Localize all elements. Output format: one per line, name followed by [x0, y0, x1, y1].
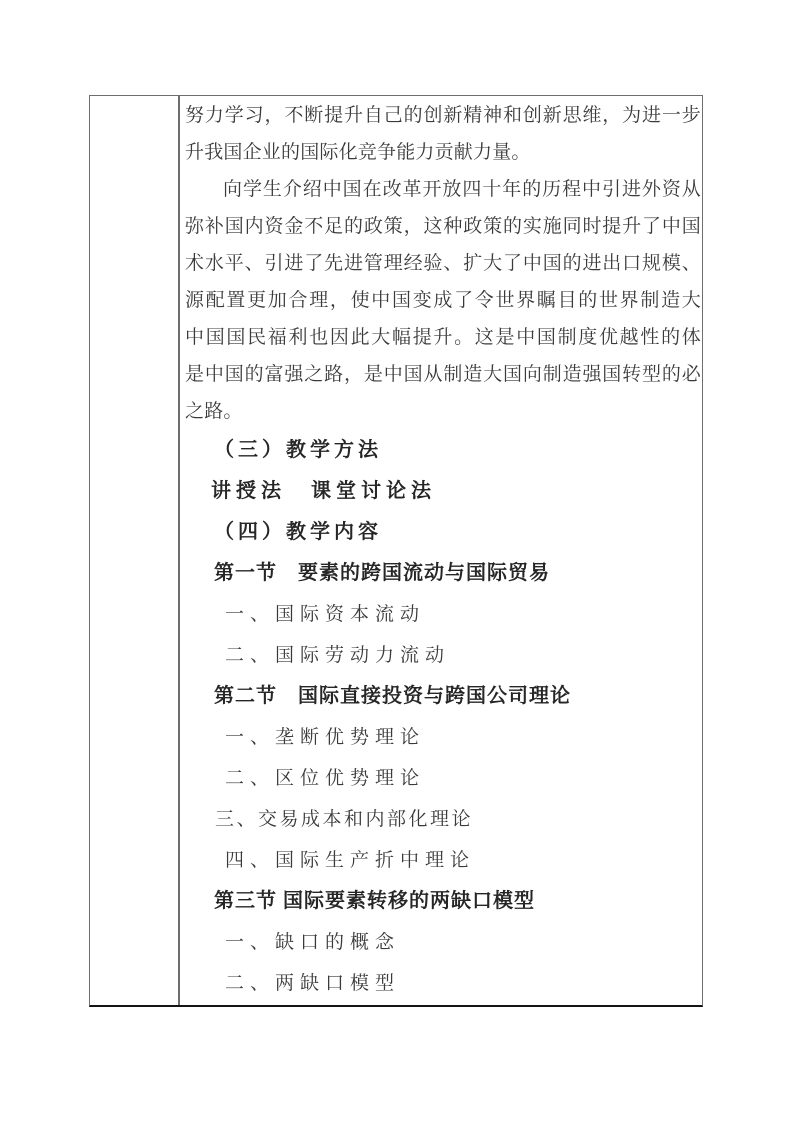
table-content-cell: 努力学习，不断提升自己的创新精神和创新思维，为进一步提升我国企业的国际化竞争能力…: [180, 96, 702, 1005]
outline-item: 二、区位优势理论: [185, 758, 702, 799]
outline-item: 一、国际资本流动: [185, 594, 702, 635]
lesson-plan-table: 努力学习，不断提升自己的创新精神和创新思维，为进一步提升我国企业的国际化竞争能力…: [89, 95, 703, 1007]
outline-item: 一、垄断优势理论: [185, 717, 702, 758]
paragraph-line: 是中国的富强之路，是中国从制造大国向制造强国转型的必经: [185, 356, 702, 393]
outline-item: 一、缺口的概念: [185, 922, 702, 963]
teaching-outline: （三）教学方法讲授法 课堂讨论法（四）教学内容第一节 要素的跨国流动与国际贸易一…: [185, 430, 702, 1004]
paragraph-line: 升我国企业的国际化竞争能力贡献力量。: [185, 134, 702, 171]
paragraph-line: 中国国民福利也因此大幅提升。这是中国制度优越性的体现，: [185, 319, 702, 356]
paragraph-line: 术水平、引进了先进管理经验、扩大了中国的进出口规模、资: [185, 245, 702, 282]
paragraphs: 努力学习，不断提升自己的创新精神和创新思维，为进一步提升我国企业的国际化竞争能力…: [185, 97, 702, 430]
table-empty-cell: [90, 96, 180, 1005]
paragraph-line: 向学生介绍中国在改革开放四十年的历程中引进外资从而: [185, 171, 702, 208]
outline-item: 二、两缺口模型: [185, 963, 702, 1004]
outline-section: 第三节 国际要素转移的两缺口模型: [185, 881, 702, 922]
outline-item: 二、国际劳动力流动: [185, 635, 702, 676]
outline-subheading: 讲授法 课堂讨论法: [185, 471, 702, 512]
outline-heading: （三）教学方法: [185, 430, 702, 471]
outline-section: 第二节 国际直接投资与跨国公司理论: [185, 676, 702, 717]
paragraph-line: 弥补国内资金不足的政策，这种政策的实施同时提升了中国技: [185, 208, 702, 245]
outline-section: 第一节 要素的跨国流动与国际贸易: [185, 553, 702, 594]
outline-heading: （四）教学内容: [185, 512, 702, 553]
outline-item: 三、交易成本和内部化理论: [185, 799, 702, 840]
paragraph-line: 源配置更加合理，使中国变成了令世界瞩目的世界制造大国，: [185, 282, 702, 319]
paragraph-line: 之路。: [185, 393, 702, 430]
outline-item: 四、国际生产折中理论: [185, 840, 702, 881]
document-page: 努力学习，不断提升自己的创新精神和创新思维，为进一步提升我国企业的国际化竞争能力…: [0, 0, 794, 1123]
paragraph-line: 努力学习，不断提升自己的创新精神和创新思维，为进一步提: [185, 97, 702, 134]
